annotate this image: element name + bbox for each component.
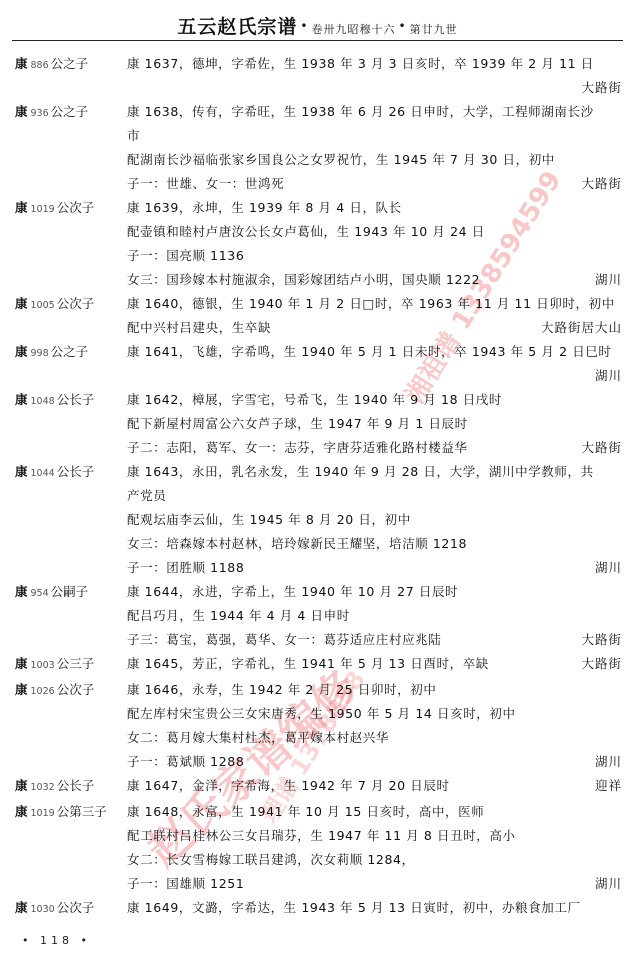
residence-place: 湖川: [595, 268, 622, 292]
parent-relation: 公第三子: [57, 804, 107, 819]
generation-prefix: 康: [15, 584, 28, 599]
entry-line: 康 1640，德银，生 1940 年 1 月 2 日□时，卒 1963 年 11…: [127, 292, 622, 316]
entry-text: 女二：葛月嫁大集村杜杰，葛平嫁本村赵兴华: [127, 726, 389, 750]
parent-reference: 康1005公次子: [0, 292, 118, 340]
entry-text: 配左库村宋宝贵公三女宋唐秀，生 1950 年 5 月 14 日亥时，初中: [127, 702, 516, 726]
entry-line: 康 1638，传有，字希旺，生 1938 年 6 月 26 日申时，大学，工程师…: [127, 100, 622, 124]
entry-line: 子三：葛宝，葛强，葛华、女一：葛芬适应庄村应兆陆大路街: [127, 628, 622, 652]
entry-body: 康 1644，永进，字希上，生 1940 年 10 月 27 日辰时配吕巧月，生…: [127, 580, 622, 652]
parent-reference: 康886公之子: [0, 52, 118, 100]
genealogy-entry: 康1005公次子康 1640，德银，生 1940 年 1 月 2 日□时，卒 1…: [0, 292, 635, 340]
entry-line: 康 1642，樟展，字雪宅，号希飞，生 1940 年 9 月 18 日戌时: [127, 388, 622, 412]
entry-text: 配中兴村吕建央，生卒缺: [127, 316, 271, 340]
genealogy-entry: 康954公嗣子康 1644，永进，字希上，生 1940 年 10 月 27 日辰…: [0, 580, 635, 652]
parent-relation: 公嗣子: [51, 584, 89, 599]
parent-reference: 康1019公第三子: [0, 800, 118, 896]
entry-line: 康 1647，金洋，字希海，生 1942 年 7 月 20 日辰时迎祥: [127, 774, 622, 798]
parent-number: 1032: [31, 782, 55, 793]
entry-line: 配吕巧月，生 1944 年 4 月 4 日申时: [127, 604, 622, 628]
entry-line: 女二：葛月嫁大集村杜杰，葛平嫁本村赵兴华: [127, 726, 622, 750]
parent-relation: 公次子: [57, 682, 95, 697]
entry-body: 康 1645，芳正，字希礼，生 1941 年 5 月 13 日酉时，卒缺大路街: [127, 652, 622, 678]
entry-line: 配中兴村吕建央，生卒缺大路街居大山: [127, 316, 622, 340]
parent-number: 886: [31, 60, 49, 71]
parent-reference: 康998公之子: [0, 340, 118, 388]
entry-line: 市: [127, 124, 622, 148]
generation-prefix: 康: [15, 900, 28, 915]
parent-number: 936: [31, 108, 49, 119]
entry-body: 康 1638，传有，字希旺，生 1938 年 6 月 26 日申时，大学，工程师…: [127, 100, 622, 196]
entry-text: 康 1640，德银，生 1940 年 1 月 2 日□时，卒 1963 年 11…: [127, 292, 615, 316]
entry-line: 子一：国雄顺 1251湖川: [127, 872, 622, 896]
entry-text: 女三：国珍嫁本村施淑余，国彩嫁团结卢小明，国央顺 1222: [127, 268, 480, 292]
header-separator: •: [300, 19, 307, 33]
parent-relation: 公次子: [57, 296, 95, 311]
entry-line: 康 1646，永寿，生 1942 年 2 月 25 日卯时，初中: [127, 678, 622, 702]
entry-text: 子一：葛斌顺 1288: [127, 750, 244, 774]
parent-reference: 康1032公长子: [0, 774, 118, 800]
generation-prefix: 康: [15, 200, 28, 215]
entry-line: 康 1649，文潞，字希达，生 1943 年 5 月 13 日寅时，初中，办粮食…: [127, 896, 622, 920]
residence-place: 大路街: [581, 172, 622, 196]
entry-text: 配吕巧月，生 1944 年 4 月 4 日申时: [127, 604, 350, 628]
entry-line: 康 1648，永富，生 1941 年 10 月 15 日亥时，高中，医师: [127, 800, 622, 824]
entry-text: 康 1648，永富，生 1941 年 10 月 15 日亥时，高中，医师: [127, 800, 484, 824]
entry-line: 女三：国珍嫁本村施淑余，国彩嫁团结卢小明，国央顺 1222湖川: [127, 268, 622, 292]
parent-number: 1005: [31, 300, 55, 311]
entry-text: 子一：国亮顺 1136: [127, 244, 244, 268]
entry-line: 配下新屋村周富公六女芦子球，生 1947 年 9 月 1 日辰时: [127, 412, 622, 436]
parent-reference: 康1044公长子: [0, 460, 118, 580]
parent-reference: 康1019公次子: [0, 196, 118, 292]
genealogy-entry: 康1019公第三子康 1648，永富，生 1941 年 10 月 15 日亥时，…: [0, 800, 635, 896]
entry-line: 配左库村宋宝贵公三女宋唐秀，生 1950 年 5 月 14 日亥时，初中: [127, 702, 622, 726]
genealogy-entry: 康1044公长子康 1643，永田，乳名永发，生 1940 年 9 月 28 日…: [0, 460, 635, 580]
residence-place: 湖川: [595, 364, 622, 388]
generation-prefix: 康: [15, 392, 28, 407]
residence-place: 迎祥: [595, 774, 622, 798]
entry-text: 子一：国雄顺 1251: [127, 872, 244, 896]
entry-text: 康 1646，永寿，生 1942 年 2 月 25 日卯时，初中: [127, 678, 437, 702]
entry-text: 康 1642，樟展，字雪宅，号希飞，生 1940 年 9 月 18 日戌时: [127, 388, 502, 412]
parent-relation: 公长子: [57, 464, 95, 479]
residence-place: 大路街: [581, 628, 622, 652]
generation-prefix: 康: [15, 344, 28, 359]
parent-relation: 公次子: [57, 900, 95, 915]
entry-text: 康 1644，永进，字希上，生 1940 年 10 月 27 日辰时: [127, 580, 458, 604]
genealogy-entry: 康1030公次子康 1649，文潞，字希达，生 1943 年 5 月 13 日寅…: [0, 896, 635, 922]
genealogy-entry: 康886公之子康 1637，德坤，字希佐，生 1938 年 3 月 3 日亥时，…: [0, 52, 635, 100]
page-number: • 118 •: [22, 934, 91, 947]
parent-number: 1003: [31, 660, 55, 671]
residence-place: 湖川: [595, 872, 622, 896]
parent-relation: 公三子: [57, 656, 95, 671]
entry-text: 康 1645，芳正，字希礼，生 1941 年 5 月 13 日酉时，卒缺: [127, 652, 489, 676]
entry-line: 子一：团胜顺 1188湖川: [127, 556, 622, 580]
header-branch: 昭穆十六: [348, 23, 396, 36]
entry-text: 康 1641，飞雄，字希鸣，生 1940 年 5 月 1 日未时，卒 1943 …: [127, 340, 612, 364]
header-rule: [12, 40, 623, 41]
entry-text: 配工联村吕桂林公三女吕瑞芬，生 1947 年 11 月 8 日丑时，高小: [127, 824, 516, 848]
parent-relation: 公之子: [51, 344, 89, 359]
entry-line: 配湖南长沙福临张家乡国良公之女罗祝竹，生 1945 年 7 月 30 日，初中: [127, 148, 622, 172]
entry-line: 女三：培森嫁本村赵林，培玲嫁新民王耀坚，培洁顺 1218: [127, 532, 622, 556]
entry-text: 配湖南长沙福临张家乡国良公之女罗祝竹，生 1945 年 7 月 30 日，初中: [127, 148, 555, 172]
entry-body: 康 1646，永寿，生 1942 年 2 月 25 日卯时，初中配左库村宋宝贵公…: [127, 678, 622, 774]
residence-place: 大路街: [581, 436, 622, 460]
entry-text: 产党员: [127, 484, 166, 508]
parent-reference: 康936公之子: [0, 100, 118, 196]
entry-line: 配壶镇和睦村卢唐汝公长女卢葛仙，生 1943 年 10 月 24 日: [127, 220, 622, 244]
entry-line: 湖川: [127, 364, 622, 388]
entry-line: 康 1637，德坤，字希佐，生 1938 年 3 月 3 日亥时，卒 1939 …: [127, 52, 622, 76]
book-title: 五云赵氏宗谱: [177, 16, 297, 38]
entry-line: 配观坛庙李云仙，生 1945 年 8 月 20 日，初中: [127, 508, 622, 532]
parent-relation: 公长子: [57, 778, 95, 793]
entry-text: 女三：培森嫁本村赵林，培玲嫁新民王耀坚，培洁顺 1218: [127, 532, 467, 556]
residence-place: 湖川: [595, 750, 622, 774]
page-header: 五云赵氏宗谱•卷卅九昭穆十六•第廿九世: [0, 12, 635, 39]
entry-text: 康 1643，永田，乳名永发，生 1940 年 9 月 28 日，大学，湖川中学…: [127, 460, 594, 484]
genealogy-entry: 康1019公次子康 1639，永坤，生 1939 年 8 月 4 日，队长配壶镇…: [0, 196, 635, 292]
parent-number: 1030: [31, 904, 55, 915]
parent-number: 1019: [31, 808, 55, 819]
entry-text: 子一：团胜顺 1188: [127, 556, 244, 580]
generation-prefix: 康: [15, 656, 28, 671]
header-separator-2: •: [399, 19, 406, 33]
entry-line: 大路街: [127, 76, 622, 100]
entry-line: 康 1639，永坤，生 1939 年 8 月 4 日，队长: [127, 196, 622, 220]
parent-relation: 公之子: [51, 104, 89, 119]
entry-text: 康 1639，永坤，生 1939 年 8 月 4 日，队长: [127, 196, 402, 220]
residence-place: 湖川: [595, 556, 622, 580]
parent-relation: 公长子: [57, 392, 95, 407]
generation-prefix: 康: [15, 682, 28, 697]
entry-line: 康 1645，芳正，字希礼，生 1941 年 5 月 13 日酉时，卒缺大路街: [127, 652, 622, 676]
header-volume: 卷卅九: [312, 23, 348, 36]
parent-number: 998: [31, 348, 49, 359]
entry-text: 康 1638，传有，字希旺，生 1938 年 6 月 26 日申时，大学，工程师…: [127, 100, 594, 124]
header-generation: 第廿九世: [410, 23, 458, 36]
parent-relation: 公次子: [57, 200, 95, 215]
genealogy-entry: 康1032公长子康 1647，金洋，字希海，生 1942 年 7 月 20 日辰…: [0, 774, 635, 800]
parent-number: 954: [31, 588, 49, 599]
residence-place: 大路街: [581, 76, 622, 100]
entry-body: 康 1641，飞雄，字希鸣，生 1940 年 5 月 1 日未时，卒 1943 …: [127, 340, 622, 388]
entry-line: 子二：志阳，葛军、女一：志芬，字唐芬适雅化路村楼益华大路街: [127, 436, 622, 460]
genealogy-entry: 康1003公三子康 1645，芳正，字希礼，生 1941 年 5 月 13 日酉…: [0, 652, 635, 678]
entry-line: 康 1641，飞雄，字希鸣，生 1940 年 5 月 1 日未时，卒 1943 …: [127, 340, 622, 364]
parent-number: 1048: [31, 396, 55, 407]
entry-line: 子一：世雄、女一：世鸿死大路街: [127, 172, 622, 196]
parent-number: 1019: [31, 204, 55, 215]
entry-text: 女二：长女雪梅嫁工联吕建鸿，次女莉顺 1284，: [127, 848, 415, 872]
generation-prefix: 康: [15, 296, 28, 311]
entry-text: 子一：世雄、女一：世鸿死: [127, 172, 284, 196]
entry-line: 女二：长女雪梅嫁工联吕建鸿，次女莉顺 1284，: [127, 848, 622, 872]
entry-line: 子一：葛斌顺 1288湖川: [127, 750, 622, 774]
generation-prefix: 康: [15, 104, 28, 119]
entry-text: 康 1649，文潞，字希达，生 1943 年 5 月 13 日寅时，初中，办粮食…: [127, 896, 581, 920]
entry-body: 康 1643，永田，乳名永发，生 1940 年 9 月 28 日，大学，湖川中学…: [127, 460, 622, 580]
parent-number: 1044: [31, 468, 55, 479]
entry-text: 子二：志阳，葛军、女一：志芬，字唐芬适雅化路村楼益华: [127, 436, 468, 460]
entry-text: 配观坛庙李云仙，生 1945 年 8 月 20 日，初中: [127, 508, 411, 532]
entry-line: 康 1644，永进，字希上，生 1940 年 10 月 27 日辰时: [127, 580, 622, 604]
entry-text: 配壶镇和睦村卢唐汝公长女卢葛仙，生 1943 年 10 月 24 日: [127, 220, 485, 244]
genealogy-entry: 康1026公次子康 1646，永寿，生 1942 年 2 月 25 日卯时，初中…: [0, 678, 635, 774]
entry-line: 子一：国亮顺 1136: [127, 244, 622, 268]
generation-prefix: 康: [15, 464, 28, 479]
entry-body: 康 1640，德银，生 1940 年 1 月 2 日□时，卒 1963 年 11…: [127, 292, 622, 340]
parent-reference: 康954公嗣子: [0, 580, 118, 652]
entry-line: 配工联村吕桂林公三女吕瑞芬，生 1947 年 11 月 8 日丑时，高小: [127, 824, 622, 848]
entry-body: 康 1647，金洋，字希海，生 1942 年 7 月 20 日辰时迎祥: [127, 774, 622, 800]
entry-line: 康 1643，永田，乳名永发，生 1940 年 9 月 28 日，大学，湖川中学…: [127, 460, 622, 484]
entry-text: 康 1637，德坤，字希佐，生 1938 年 3 月 3 日亥时，卒 1939 …: [127, 52, 594, 76]
entry-text: 配下新屋村周富公六女芦子球，生 1947 年 9 月 1 日辰时: [127, 412, 468, 436]
entry-line: 产党员: [127, 484, 622, 508]
entry-body: 康 1649，文潞，字希达，生 1943 年 5 月 13 日寅时，初中，办粮食…: [127, 896, 622, 922]
entry-body: 康 1639，永坤，生 1939 年 8 月 4 日，队长配壶镇和睦村卢唐汝公长…: [127, 196, 622, 292]
parent-reference: 康1030公次子: [0, 896, 118, 922]
genealogy-entries: 康886公之子康 1637，德坤，字希佐，生 1938 年 3 月 3 日亥时，…: [0, 52, 635, 922]
entry-body: 康 1648，永富，生 1941 年 10 月 15 日亥时，高中，医师配工联村…: [127, 800, 622, 896]
generation-prefix: 康: [15, 804, 28, 819]
parent-reference: 康1026公次子: [0, 678, 118, 774]
genealogy-entry: 康998公之子康 1641，飞雄，字希鸣，生 1940 年 5 月 1 日未时，…: [0, 340, 635, 388]
entry-text: 市: [127, 124, 140, 148]
generation-prefix: 康: [15, 56, 28, 71]
entry-body: 康 1637，德坤，字希佐，生 1938 年 3 月 3 日亥时，卒 1939 …: [127, 52, 622, 100]
parent-number: 1026: [31, 686, 55, 697]
parent-reference: 康1048公长子: [0, 388, 118, 460]
residence-place: 大路街居大山: [541, 316, 622, 340]
genealogy-entry: 康936公之子康 1638，传有，字希旺，生 1938 年 6 月 26 日申时…: [0, 100, 635, 196]
entry-body: 康 1642，樟展，字雪宅，号希飞，生 1940 年 9 月 18 日戌时配下新…: [127, 388, 622, 460]
generation-prefix: 康: [15, 778, 28, 793]
parent-reference: 康1003公三子: [0, 652, 118, 678]
entry-text: 子三：葛宝，葛强，葛华、女一：葛芬适应庄村应兆陆: [127, 628, 441, 652]
genealogy-entry: 康1048公长子康 1642，樟展，字雪宅，号希飞，生 1940 年 9 月 1…: [0, 388, 635, 460]
entry-text: 康 1647，金洋，字希海，生 1942 年 7 月 20 日辰时: [127, 774, 450, 798]
parent-relation: 公之子: [51, 56, 89, 71]
residence-place: 大路街: [581, 652, 622, 676]
